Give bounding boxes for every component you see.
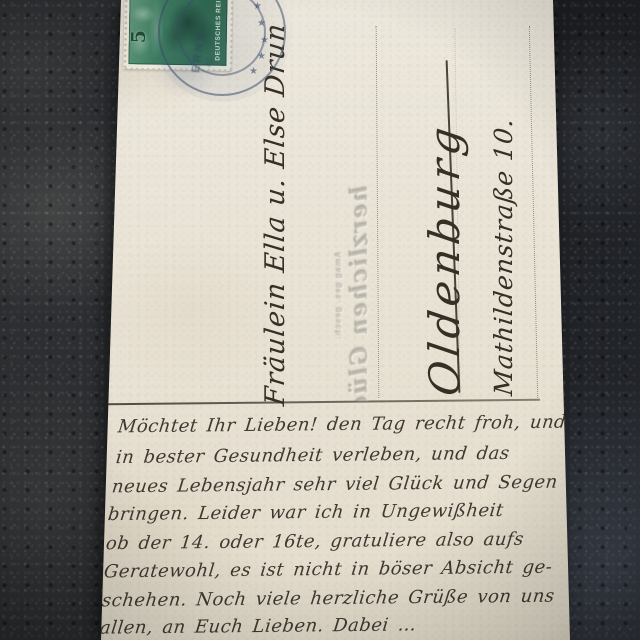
message-line: bringen. Leider war ich in Ungewißheit [107, 500, 505, 525]
embossed-greeting: herzlichen Glückwunsch [346, 186, 394, 401]
postmark-star-icon: ★ [257, 52, 266, 62]
address-city: Oldenburg [420, 52, 484, 401]
message-line: Geratewohl, es ist nicht in böser Absich… [103, 557, 554, 583]
postmark: ★ ★ ★ ★ ★ ERNE 45 [158, 0, 286, 96]
address-ruling-line [529, 26, 538, 398]
message-line: schehen. Noch viele herzliche Grüße von … [101, 586, 556, 612]
postmark-star-icon: ★ [253, 2, 262, 12]
postmark-star-icon: ★ [260, 36, 269, 46]
photo-scene: 5 DEUTSCHES REICH ★ ★ ★ ★ ★ ERNE 45 [0, 0, 640, 640]
stamp-denomination: 5 [128, 30, 150, 44]
message-line: neues Lebensjahr sehr viel Glück und Seg… [111, 472, 559, 498]
postcard: 5 DEUTSCHES REICH ★ ★ ★ ★ ★ ERNE 45 [0, 0, 640, 640]
address-street: Mathildenstraße 10. [489, 54, 529, 398]
postmark-star-icon: ★ [257, 19, 266, 29]
postcard-shadow: 5 DEUTSCHES REICH ★ ★ ★ ★ ★ ERNE 45 [0, 0, 640, 640]
postmark-star-icon: ★ [249, 67, 258, 77]
embossed-publisher-mark: Amag ges. gesch. [333, 252, 347, 402]
message-line: Möchtet Ihr Lieben! den Tag recht froh, … [117, 412, 568, 438]
message-line: allen, an Euch Lieben. Dabei … [99, 614, 418, 638]
message-line: ob der 14. oder 16te, gratuliere also au… [105, 529, 525, 554]
message-line: in bester Gesundheit verleben, und das [115, 443, 511, 468]
